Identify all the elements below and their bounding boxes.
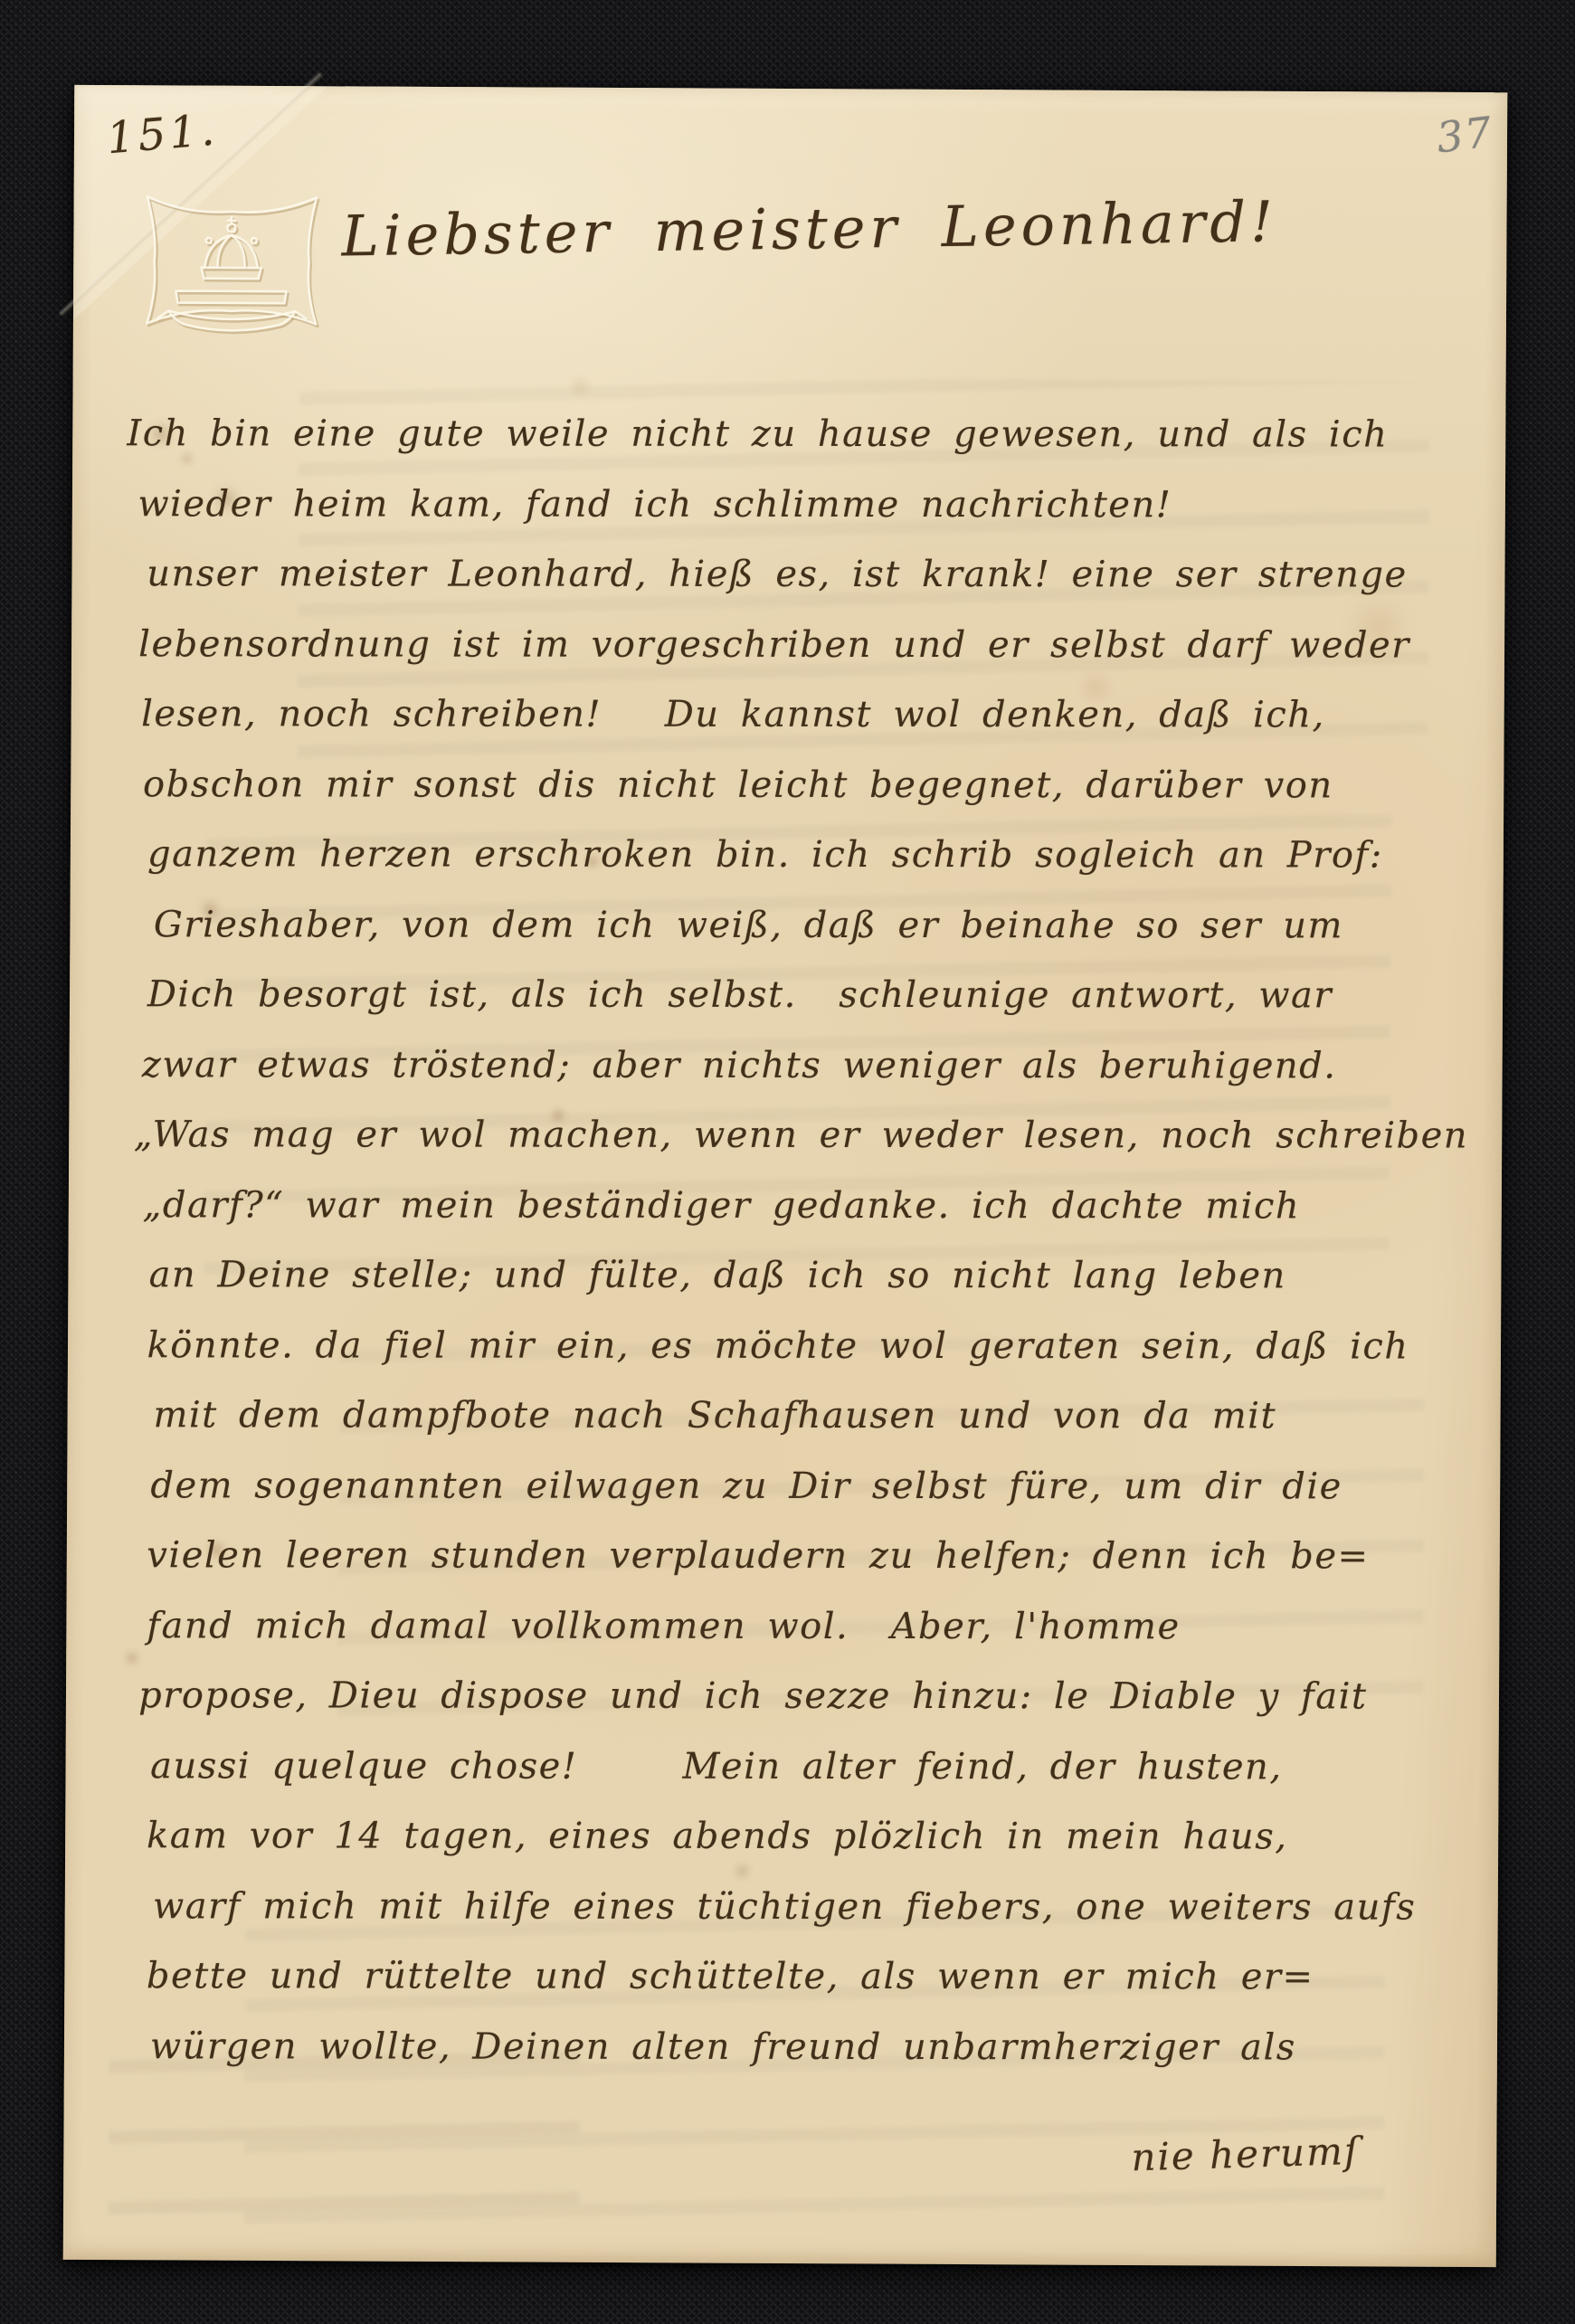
letter-body: Ich bin eine gute weile nicht zu hause g…	[68, 399, 1463, 2082]
letter-line: fand mich damal vollkommen wol. Aber, l'…	[147, 1591, 1461, 1663]
photo-background: 151. 37	[0, 0, 1575, 2324]
letter-line: an Deine stelle; und fülte, daß ich so n…	[149, 1240, 1462, 1312]
letter-line: ganzem herzen erschroken bin. ich schrib…	[147, 820, 1462, 891]
letter-line: unser meister Leonhard, hieß es, ist kra…	[147, 539, 1462, 611]
letter-line: könnte. da fiel mir ein, es möchte wol g…	[147, 1311, 1461, 1382]
letter-line: obschon mir sonst dis nicht leicht begeg…	[143, 750, 1462, 821]
letter-line: wieder heim kam, fand ich schlimme nachr…	[138, 470, 1462, 541]
letter-line: mit dem dampfbote nach Schafhausen und v…	[153, 1380, 1461, 1452]
embossed-seal-icon	[135, 183, 330, 342]
letter-line: „darf?“ war mein beständiger gedanke. ic…	[143, 1171, 1462, 1242]
letter-line: zwar etwas tröstend; aber nichts weniger…	[142, 1030, 1462, 1102]
pencil-folio-number: 37	[1434, 107, 1495, 162]
letter-line: warf mich mit hilfe eines tüchtigen fieb…	[153, 1872, 1461, 1943]
letter-line: Dich besorgt ist, als ich selbst. schleu…	[147, 960, 1462, 1031]
letter-line: kam vor 14 tagen, eines abends plözlich …	[147, 1801, 1461, 1873]
letter-line: dem sogenannten eilwagen zu Dir selbst f…	[150, 1451, 1461, 1522]
letter-line: propose, Dieu dispose und ich sezze hinz…	[138, 1661, 1461, 1732]
page-number: 151.	[105, 104, 220, 164]
catchword: nie herumſ	[1131, 2129, 1361, 2179]
letter-line: würgen wollte, Deinen alten freund unbar…	[150, 2012, 1461, 2083]
letter-salutation: Liebster meister Leonhard!	[341, 185, 1473, 270]
letter-line: vielen leeren stunden verplaudern zu hel…	[147, 1521, 1461, 1592]
letter-line: aussi quelque chose! Mein alter feind, d…	[150, 1731, 1461, 1803]
letter-line: lesen, noch schreiben! Du kannst wol den…	[141, 679, 1462, 751]
letter-line: Ich bin eine gute weile nicht zu hause g…	[127, 399, 1462, 470]
letter-line: lebensordnung ist im vorgeschriben und e…	[138, 610, 1462, 681]
letter-line: „Was mag er wol machen, wenn er weder le…	[134, 1100, 1462, 1171]
letter-page: 151. 37	[63, 85, 1508, 2267]
letter-line: bette und rüttelte und schüttelte, als w…	[147, 1941, 1461, 2013]
letter-line: Grieshaber, von dem ich weiß, daß er bei…	[154, 890, 1462, 962]
foxing-stains	[74, 85, 75, 86]
